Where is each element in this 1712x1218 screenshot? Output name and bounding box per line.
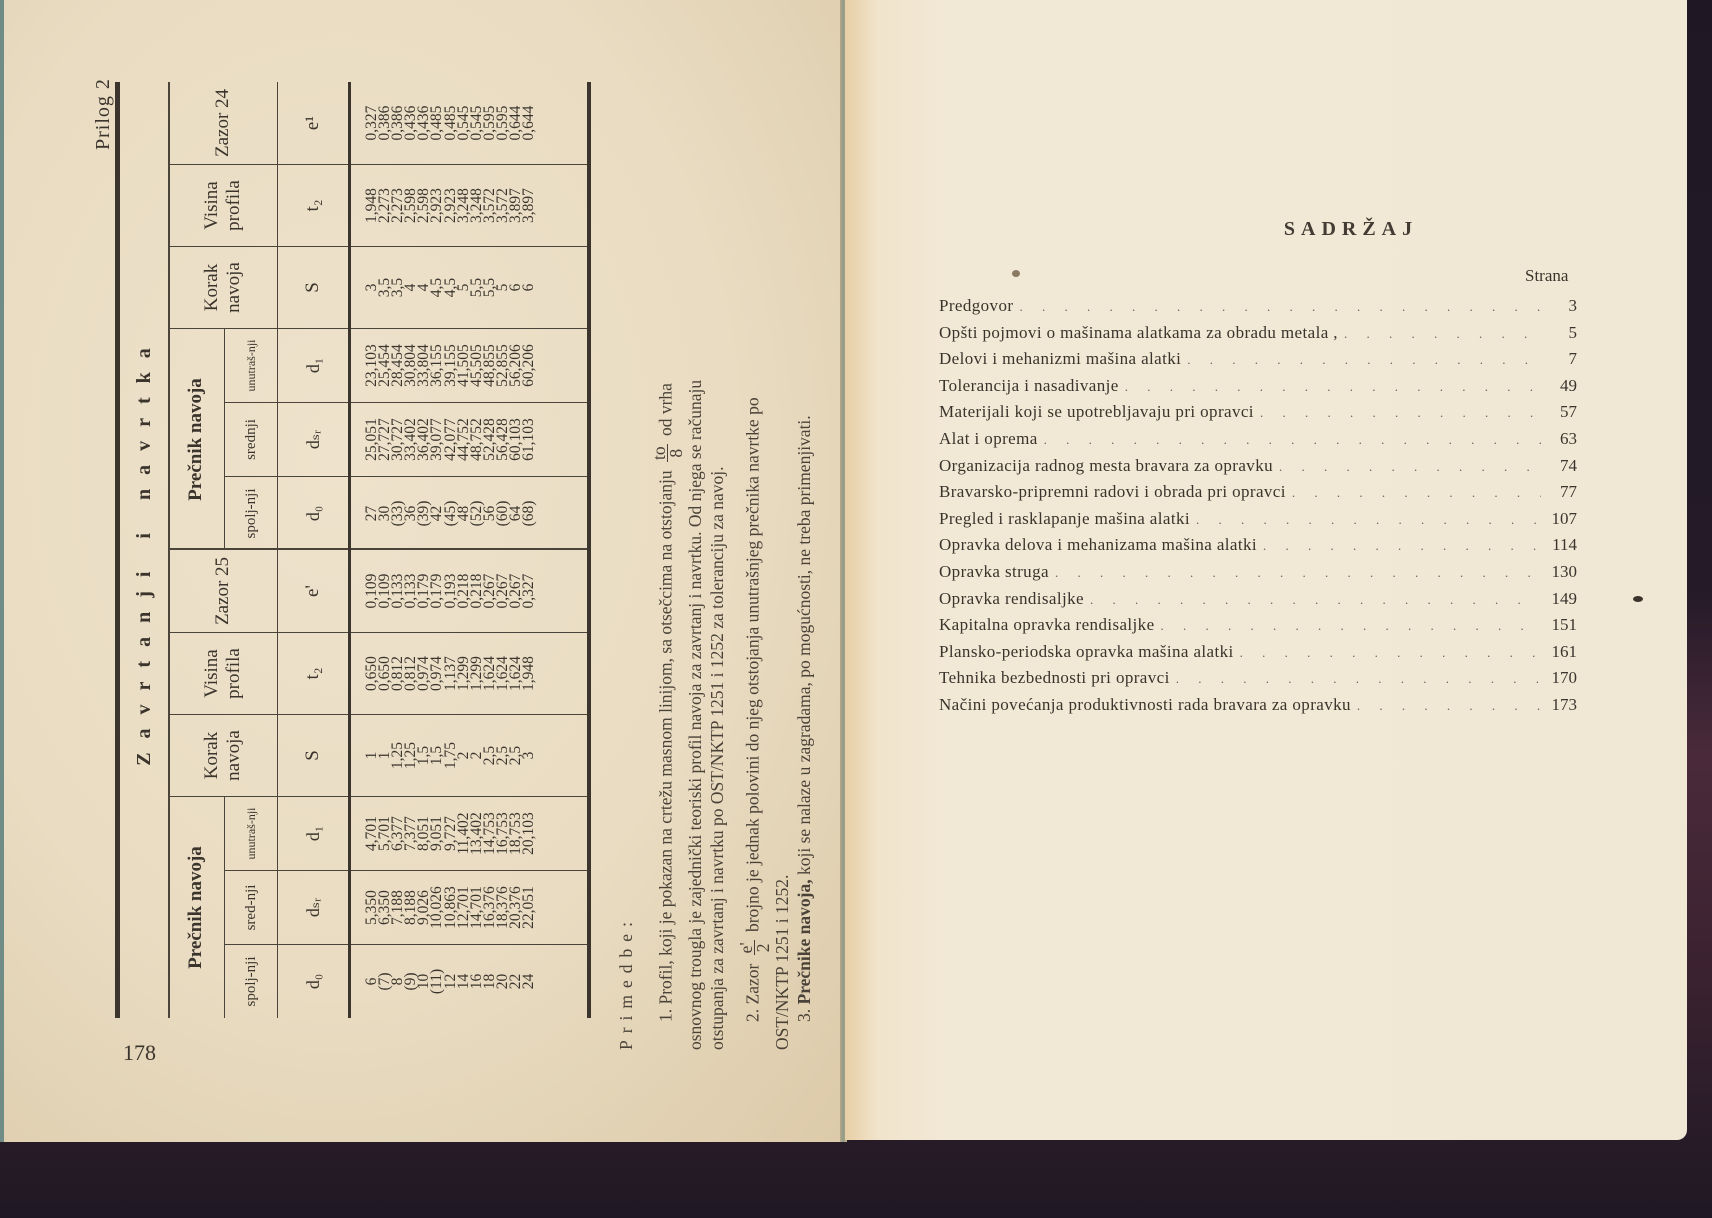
toc-entry-title: Plansko-periodska opravka mašina alatki (939, 642, 1240, 662)
note-1: 1. Profil, koji je pokazan na crtežu mas… (651, 80, 684, 1050)
symbol-dsr: dₛᵣ (278, 870, 348, 944)
toc-entry-title: Materijali koji se upotrebljavaju pri op… (939, 402, 1260, 422)
header-diameter-label: Prečnik navoja (168, 797, 224, 1018)
header-profile-height: Visina profila t₂ (168, 632, 348, 714)
toc-entry-page: 49 (1541, 376, 1577, 396)
symbol-d1: d₁ (278, 329, 348, 402)
toc-entry-page: 114 (1541, 535, 1577, 555)
header-diameter-subcols: spolj-nji sred-nji unutraš-nji (224, 797, 278, 1018)
note-2-line-2: OST/NKTP 1251 i 1252. (771, 80, 793, 1050)
leader-dots (1263, 538, 1541, 554)
symbol-e: e' (278, 550, 348, 632)
note-2-text: 2. Zazor (743, 964, 763, 1022)
toc-entry-page: 3 (1541, 296, 1577, 316)
symbol-s: S (278, 715, 348, 796)
header-inner: unutraš-nji (225, 797, 277, 870)
header-outer: spolj-nji (225, 944, 277, 1018)
leader-dots (1292, 485, 1541, 501)
note-3-number: 3. (794, 1009, 814, 1022)
column-dsr: 25,05127,72730,72733,40236,40239,07742,0… (351, 402, 587, 476)
table-cell: 3 (522, 715, 535, 796)
note-2: 2. Zazor e'2 brojno je jednak polovini d… (738, 80, 771, 1050)
toc-entry-title: Organizacija radnog mesta bravara za opr… (939, 456, 1279, 476)
toc-entry-title: Pregled i rasklapanje mašina alatki (939, 509, 1196, 529)
note-1-text-end: od vrha (656, 383, 676, 436)
toc-entry: Plansko-periodska opravka mašina alatki1… (939, 642, 1577, 669)
table-cell: 24 (522, 945, 535, 1018)
leader-dots (1176, 671, 1541, 687)
header-diameter: Prečnik navoja spolj-nji sred-nji unutra… (168, 796, 348, 1018)
toc-entry: Načini povećanja produktivnosti rada bra… (939, 695, 1577, 722)
table-cell: 3,897 (522, 165, 535, 246)
fraction: to8 (651, 444, 684, 462)
header-clearance-label: Zazor 24 (168, 82, 278, 164)
header-pitch-label: Korak navoja (168, 247, 278, 328)
toc-entry-title: Delovi i mehanizmi mašina alatki (939, 349, 1187, 369)
ink-spot (1012, 270, 1020, 277)
column-d0: 2730(33)36(39)42(45)48(52)56(60)64(68) (351, 476, 587, 550)
header-profile-height: Visina profila t₂ (168, 164, 348, 246)
header-inner: unutraš-nji (225, 329, 277, 402)
toc-entry: Tolerancija i nasadivanje49 (939, 376, 1577, 403)
toc-entry-title: Opravka rendisaljke (939, 589, 1090, 609)
table-cell: 0,644 (522, 82, 535, 164)
page-number: 178 (123, 1040, 156, 1066)
leader-dots (1044, 432, 1541, 448)
fraction: e'2 (738, 940, 771, 955)
note-1-line-2: osnovnog trougla je zajednički teoriski … (684, 80, 706, 1050)
note-3: 3. Prečnike navoja, koji se nalaze u zag… (793, 80, 815, 1050)
toc-entry: Materijali koji se upotrebljavaju pri op… (939, 402, 1577, 429)
table-header: Prečnik navoja spolj-nji sred-nji unutra… (168, 550, 351, 1018)
toc-entry-page: 74 (1541, 456, 1577, 476)
toc-entry-title: Bravarsko-pripremni radovi i obrada pri … (939, 482, 1292, 502)
header-diameter: Prečnik navoja spolj-nji srednji unutraš… (168, 328, 348, 550)
page-edge (0, 0, 4, 1142)
right-page: SADRŽAJ Strana Predgovor3Opšti pojmovi o… (845, 0, 1687, 1140)
leader-dots (1019, 299, 1541, 315)
toc-entry-page: 107 (1541, 509, 1577, 529)
table-title-text: Zavrtanji i navrtka (133, 334, 156, 766)
appendix-label: Prilog 2 (92, 78, 115, 150)
fraction-denominator: 8 (668, 444, 684, 462)
toc-entry-page: 63 (1541, 429, 1577, 449)
column-t2: 1,9482,2732,2732,5982,5982,9232,9233,248… (351, 164, 587, 246)
toc-title: SADRŽAJ (845, 218, 1687, 241)
leader-dots (1240, 645, 1541, 661)
symbol-e: e¹ (278, 82, 348, 164)
column-dsr: 5,3506,3507,1888,1889,02610,02610,86312,… (351, 870, 587, 944)
column-d1: 23,10325,45428,45430,80433,80436,15539,1… (351, 328, 587, 402)
table-group-small-diameters: Prečnik navoja spolj-nji sred-nji unutra… (168, 548, 587, 1018)
column-s: 33,53,5444,54,555,55,5566 (351, 246, 587, 328)
toc-entry-title: Načini povećanja produktivnosti rada bra… (939, 695, 1357, 715)
header-clearance-label: Zazor 25 (168, 550, 278, 632)
leader-dots (1279, 459, 1541, 475)
header-clearance: Zazor 25 e' (168, 550, 348, 632)
toc-entry: Kapitalna opravka rendisaljke151 (939, 615, 1577, 642)
header-profile-height-label: Visina profila (168, 165, 278, 246)
column-d1: 4,7015,7016,3777,3778,0519,0519,72711,40… (351, 796, 587, 870)
leader-dots (1090, 592, 1541, 608)
table-body: 2730(33)36(39)42(45)48(52)56(60)64(68) 2… (351, 82, 587, 550)
table-cell: 1,948 (522, 633, 535, 714)
symbol-d0: d₀ (278, 944, 348, 1018)
column-t2: 0,6500,6500,8120,8120,9740,9741,1371,299… (351, 632, 587, 714)
header-outer: spolj-nji (225, 476, 277, 550)
toc-entry: Delovi i mehanizmi mašina alatki7 (939, 349, 1577, 376)
leader-dots (1125, 379, 1541, 395)
toc-entry: Pregled i rasklapanje mašina alatki107 (939, 509, 1577, 536)
toc-entry-page: 151 (1541, 615, 1577, 635)
toc-entry-page: 173 (1541, 695, 1577, 715)
table-cell: 0,327 (522, 550, 535, 632)
table-cell: 60,206 (522, 329, 535, 402)
table-header: Prečnik navoja spolj-nji srednji unutraš… (168, 82, 351, 550)
note-1-line-3: otstupanja za zavrtanj i navrtku po OST/… (706, 80, 728, 1050)
note-3-text: koji se nalaze u zagradama, po mogućnost… (794, 415, 814, 875)
column-d0: 6(7)8(9)10(11)12141618202224 (351, 944, 587, 1018)
header-profile-height-label: Visina profila (168, 633, 278, 714)
table-cell: 6 (522, 247, 535, 328)
header-symbols: d₀ dₛᵣ d₁ (278, 329, 348, 550)
toc-entry-title: Kapitalna opravka rendisaljke (939, 615, 1161, 635)
toc-entry-page: 170 (1541, 668, 1577, 688)
header-diameter-subcols: spolj-nji srednji unutraš-nji (224, 329, 278, 550)
toc-entry-title: Predgovor (939, 296, 1019, 316)
toc-entry-page: 7 (1541, 349, 1577, 369)
toc-entry: Organizacija radnog mesta bravara za opr… (939, 456, 1577, 483)
leader-dots (1196, 512, 1541, 528)
toc-entry-page: 5 (1541, 323, 1577, 343)
table-notes: Primedbe: 1. Profil, koji je pokazan na … (615, 80, 805, 1050)
table-of-contents: Predgovor3Opšti pojmovi o mašinama alatk… (939, 296, 1577, 722)
leader-dots (1055, 565, 1541, 581)
column-e: 0,3270,3860,3860,4360,4360,4850,4850,545… (351, 82, 587, 164)
toc-entry-title: Tehnika bezbednosti pri opravci (939, 668, 1176, 688)
header-pitch-label: Korak navoja (168, 715, 278, 796)
header-clearance: Zazor 24 e¹ (168, 82, 348, 164)
toc-entry: Opravka rendisaljke149 (939, 589, 1577, 616)
table-group-large-diameters: Prečnik navoja spolj-nji srednji unutraš… (168, 82, 587, 550)
symbol-d0: d₀ (278, 476, 348, 550)
toc-entry-title: Opravka struga (939, 562, 1055, 582)
toc-entry: Opravka delova i mehanizama mašina alatk… (939, 535, 1577, 562)
header-middle: srednji (225, 402, 277, 476)
toc-entry-page: 77 (1541, 482, 1577, 502)
page-column-label: Strana (1525, 266, 1568, 286)
toc-entry: Tehnika bezbednosti pri opravci170 (939, 668, 1577, 695)
toc-entry-page: 57 (1541, 402, 1577, 422)
symbol-t2: t₂ (278, 633, 348, 714)
notes-title: Primedbe: (615, 80, 637, 1050)
left-page: Prilog 2 Zavrtanji i navrtka Prečnik nav… (0, 0, 845, 1142)
toc-entry-title: Opšti pojmovi o mašinama alatkama za obr… (939, 323, 1344, 343)
symbol-t2: t₂ (278, 165, 348, 246)
note-1-text: 1. Profil, koji je pokazan na crtežu mas… (656, 470, 676, 1022)
column-s: 111,251,251,51,51,75222,52,52,53 (351, 714, 587, 796)
toc-entry-title: Opravka delova i mehanizama mašina alatk… (939, 535, 1263, 555)
header-diameter-label: Prečnik navoja (168, 329, 224, 550)
toc-entry: Predgovor3 (939, 296, 1577, 323)
table-title: Zavrtanji i navrtka (120, 82, 170, 1018)
leader-dots (1260, 405, 1541, 421)
symbol-d1: d₁ (278, 797, 348, 870)
toc-entry-page: 130 (1541, 562, 1577, 582)
header-pitch: Korak navoja S (168, 246, 348, 328)
toc-entry: Bravarsko-pripremni radovi i obrada pri … (939, 482, 1577, 509)
note-3-bold: Prečnike navoja, (794, 879, 814, 1004)
toc-entry: Opravka struga130 (939, 562, 1577, 589)
header-symbols: d₀ dₛᵣ d₁ (278, 797, 348, 1018)
table-cell: 20,103 (522, 797, 535, 870)
symbol-s: S (278, 247, 348, 328)
toc-entry-page: 149 (1541, 589, 1577, 609)
table-cell: 22,051 (522, 871, 535, 944)
note-2-text-end: brojno je jednak polovini do njeg otstoj… (743, 397, 763, 932)
leader-dots (1187, 352, 1541, 368)
toc-entry: Alat i oprema63 (939, 429, 1577, 456)
table-cell: (68) (522, 477, 535, 550)
column-e: 0,1090,1090,1330,1330,1790,1790,1930,218… (351, 550, 587, 632)
table-body: 6(7)8(9)10(11)12141618202224 5,3506,3507… (351, 550, 587, 1018)
toc-entry-page: 161 (1541, 642, 1577, 662)
toc-entry-title: Tolerancija i nasadivanje (939, 376, 1125, 396)
thread-table: Zavrtanji i navrtka Prečnik navoja spolj… (115, 82, 591, 1018)
leader-dots (1357, 698, 1541, 714)
header-pitch: Korak navoja S (168, 714, 348, 796)
leader-dots (1161, 618, 1541, 634)
symbol-dsr: dₛᵣ (278, 402, 348, 476)
toc-entry: Opšti pojmovi o mašinama alatkama za obr… (939, 323, 1577, 350)
ink-spot (1633, 596, 1643, 602)
table-cell: 61,103 (522, 403, 535, 476)
leader-dots (1344, 326, 1541, 342)
fraction-denominator: 2 (755, 940, 771, 955)
toc-entry-title: Alat i oprema (939, 429, 1044, 449)
header-middle: sred-nji (225, 870, 277, 944)
